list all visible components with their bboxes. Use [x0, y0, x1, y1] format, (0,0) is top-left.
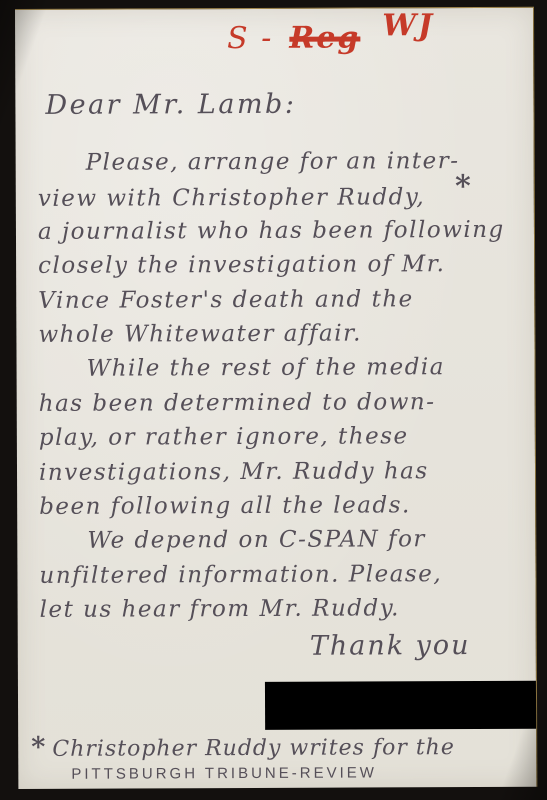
letter-line-text: investigations, Mr. Ruddy has: [39, 458, 429, 486]
letter-line-text: let us hear from Mr. Ruddy.: [40, 595, 400, 623]
letter-line-text: unfiltered information. Please,: [39, 561, 442, 589]
letter-line-text: a journalist who has been following: [38, 217, 505, 245]
letter-line-text: whole Whitewater affair.: [38, 320, 362, 347]
letter-line: been following all the leads.: [39, 488, 531, 525]
footnote-newspaper-name: PITTSBURGH TRIBUNE-REVIEW: [71, 764, 455, 783]
letter-line: a journalist who has been following: [38, 213, 530, 250]
letter-line-text: has been determined to down-: [39, 389, 436, 417]
letter-line-text: Vince Foster's death and the: [38, 286, 414, 314]
letter-line: whole Whitewater affair.: [38, 316, 530, 353]
letter-line-text: play, or rather ignore, these: [39, 423, 409, 451]
letter-line: let us hear from Mr. Ruddy.: [40, 591, 532, 628]
letter-line-text: closely the investigation of Mr.: [38, 251, 445, 279]
letter-line: play, or rather ignore, these: [39, 419, 531, 456]
letter-line-text: We depend on C-SPAN for: [87, 527, 426, 554]
letter-line: view with Christopher Ruddy,*: [38, 178, 530, 215]
annotation-prefix: S -: [227, 21, 273, 56]
letter-line-text: Please, arrange for an inter-: [86, 148, 460, 176]
letter-line-text: view with Christopher Ruddy,: [38, 185, 425, 213]
letter-line: has been determined to down-: [39, 384, 531, 421]
struck-out-text: Reg: [289, 20, 360, 55]
footnote-text: Christopher Ruddy writes for the: [52, 735, 455, 762]
footnote-reference-asterisk: *: [455, 169, 472, 204]
scanned-letter-page: S -RegWJ Dear Mr. Lamb: Please, arrange …: [0, 0, 547, 800]
footnote: *Christopher Ruddy writes for the PITTSB…: [31, 730, 455, 783]
annotation-initials: WJ: [382, 8, 434, 43]
salutation: Dear Mr. Lamb:: [45, 89, 296, 121]
letter-paper: S -RegWJ Dear Mr. Lamb: Please, arrange …: [15, 7, 537, 789]
letter-line: investigations, Mr. Ruddy has: [39, 453, 531, 490]
letter-line: While the rest of the media: [38, 350, 530, 387]
letter-line-text: While the rest of the media: [87, 354, 446, 382]
letter-line-text: been following all the leads.: [39, 492, 411, 520]
redaction-bar: [265, 681, 536, 730]
red-routing-annotation: S -RegWJ: [227, 20, 434, 56]
letter-body: Please, arrange for an inter-view with C…: [38, 144, 532, 628]
letter-line: Vince Foster's death and the: [38, 281, 530, 318]
footnote-asterisk: *: [31, 732, 46, 763]
letter-line: unfiltered information. Please,: [39, 556, 531, 593]
closing-thank-you: Thank you: [310, 630, 471, 662]
letter-line: closely the investigation of Mr.: [38, 247, 530, 284]
letter-line: We depend on C-SPAN for: [39, 522, 531, 559]
